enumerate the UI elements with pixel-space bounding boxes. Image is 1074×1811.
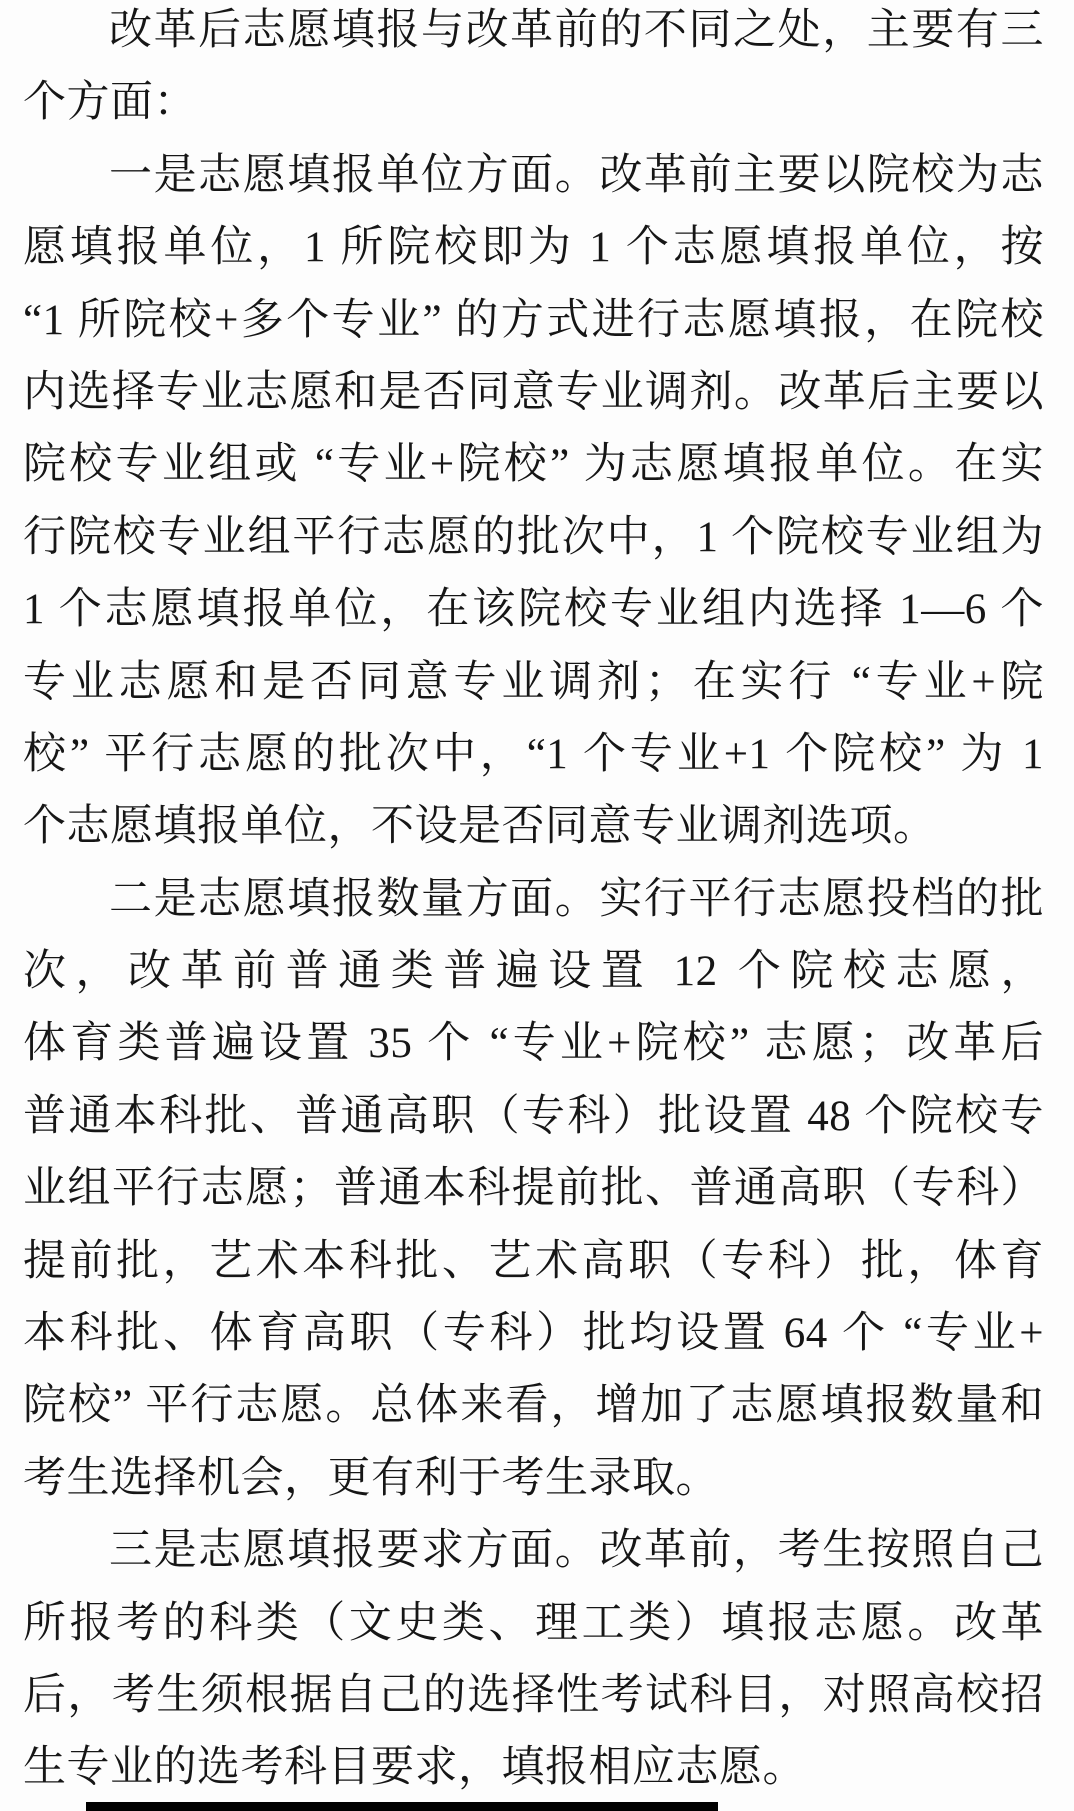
text-line: 改革后志愿填报与改革前的不同之处，主要有三 (23, 0, 1044, 67)
text-line: 行院校专业组平行志愿的批次中，1 个院校专业组为 (23, 502, 1044, 574)
text-line: 业组平行志愿；普通本科提前批、普通高职（专科） (23, 1153, 1044, 1225)
document-page: 改革后志愿填报与改革前的不同之处，主要有三 个方面： 一是志愿填报单位方面。改革… (0, 0, 1074, 1811)
text-line: 本科批、体育高职（专科）批均设置 64 个 “专业+ (23, 1298, 1044, 1370)
text-line: 个志愿填报单位，不设是否同意专业调剂选项。 (23, 791, 1044, 863)
text-line: 院校专业组或 “专业+院校” 为志愿填报单位。在实 (23, 429, 1044, 501)
text-line: 二是志愿填报数量方面。实行平行志愿投档的批 (23, 864, 1044, 936)
text-line: 考生选择机会，更有利于考生录取。 (23, 1443, 1044, 1515)
text-line: 愿填报单位，1 所院校即为 1 个志愿填报单位，按 (23, 212, 1044, 284)
text-line: 提前批，艺术本科批、艺术高职（专科）批，体育 (23, 1226, 1044, 1298)
text-line: 次，改革前普通类普遍设置 12 个院校志愿，艺术类、 (23, 936, 1044, 1008)
text-line: 内选择专业志愿和是否同意专业调剂。改革后主要以 (23, 357, 1044, 429)
text-line: 生专业的选考科目要求，填报相应志愿。 (23, 1732, 1044, 1804)
text-line: 个方面： (23, 67, 1044, 139)
text-line: 1 个志愿填报单位，在该院校专业组内选择 1—6 个 (23, 574, 1044, 646)
text-line: 一是志愿填报单位方面。改革前主要以院校为志 (23, 140, 1044, 212)
text-line: 后，考生须根据自己的选择性考试科目，对照高校招 (23, 1660, 1044, 1732)
text-line: 所报考的科类（文史类、理工类）填报志愿。改革 (23, 1588, 1044, 1660)
text-line: 体育类普遍设置 35 个 “专业+院校” 志愿；改革后 (23, 1008, 1044, 1080)
document-body: 改革后志愿填报与改革前的不同之处，主要有三 个方面： 一是志愿填报单位方面。改革… (23, 0, 1044, 1805)
text-line: 院校” 平行志愿。总体来看，增加了志愿填报数量和 (23, 1370, 1044, 1442)
bottom-black-bar (86, 1802, 718, 1811)
text-line: 普通本科批、普通高职（专科）批设置 48 个院校专 (23, 1081, 1044, 1153)
text-line: 专业志愿和是否同意专业调剂；在实行 “专业+院 (23, 647, 1044, 719)
text-line: 校” 平行志愿的批次中，“1 个专业+1 个院校” 为 1 (23, 719, 1044, 791)
text-line: “1 所院校+多个专业” 的方式进行志愿填报，在院校 (23, 285, 1044, 357)
text-line: 三是志愿填报要求方面。改革前，考生按照自己 (23, 1515, 1044, 1587)
